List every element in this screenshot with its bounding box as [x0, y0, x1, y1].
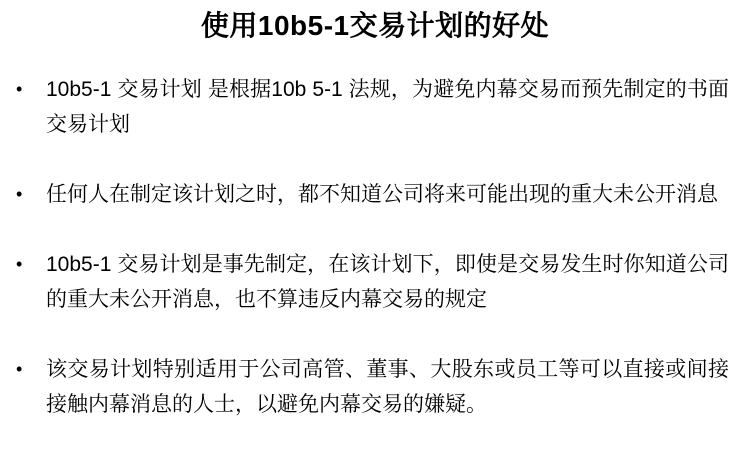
list-item: • 任何人在制定该计划之时，都不知道公司将来可能出现的重大未公开消息 — [0, 177, 750, 212]
bullet-text: 该交易计划特别适用于公司高管、董事、大股东或员工等可以直接或间接接触内幕消息的人… — [46, 352, 750, 422]
slide: 使用10b5-1交易计划的好处 • 10b5-1 交易计划 是根据10b 5-1… — [0, 0, 750, 465]
bullet-icon: • — [0, 247, 46, 282]
bullet-text: 10b5-1 交易计划是事先制定，在该计划下，即使是交易发生时你知道公司的重大未… — [46, 247, 750, 317]
page-title: 使用10b5-1交易计划的好处 — [0, 8, 750, 44]
list-item: • 10b5-1 交易计划 是根据10b 5-1 法规，为避免内幕交易而预先制定… — [0, 72, 750, 142]
list-item: • 该交易计划特别适用于公司高管、董事、大股东或员工等可以直接或间接接触内幕消息… — [0, 352, 750, 422]
list-item: • 10b5-1 交易计划是事先制定，在该计划下，即使是交易发生时你知道公司的重… — [0, 247, 750, 317]
bullet-list: • 10b5-1 交易计划 是根据10b 5-1 法规，为避免内幕交易而预先制定… — [0, 72, 750, 422]
bullet-icon: • — [0, 72, 46, 107]
bullet-icon: • — [0, 352, 46, 387]
bullet-text: 10b5-1 交易计划 是根据10b 5-1 法规，为避免内幕交易而预先制定的书… — [46, 72, 750, 142]
bullet-text: 任何人在制定该计划之时，都不知道公司将来可能出现的重大未公开消息 — [46, 177, 750, 212]
bullet-icon: • — [0, 177, 46, 212]
